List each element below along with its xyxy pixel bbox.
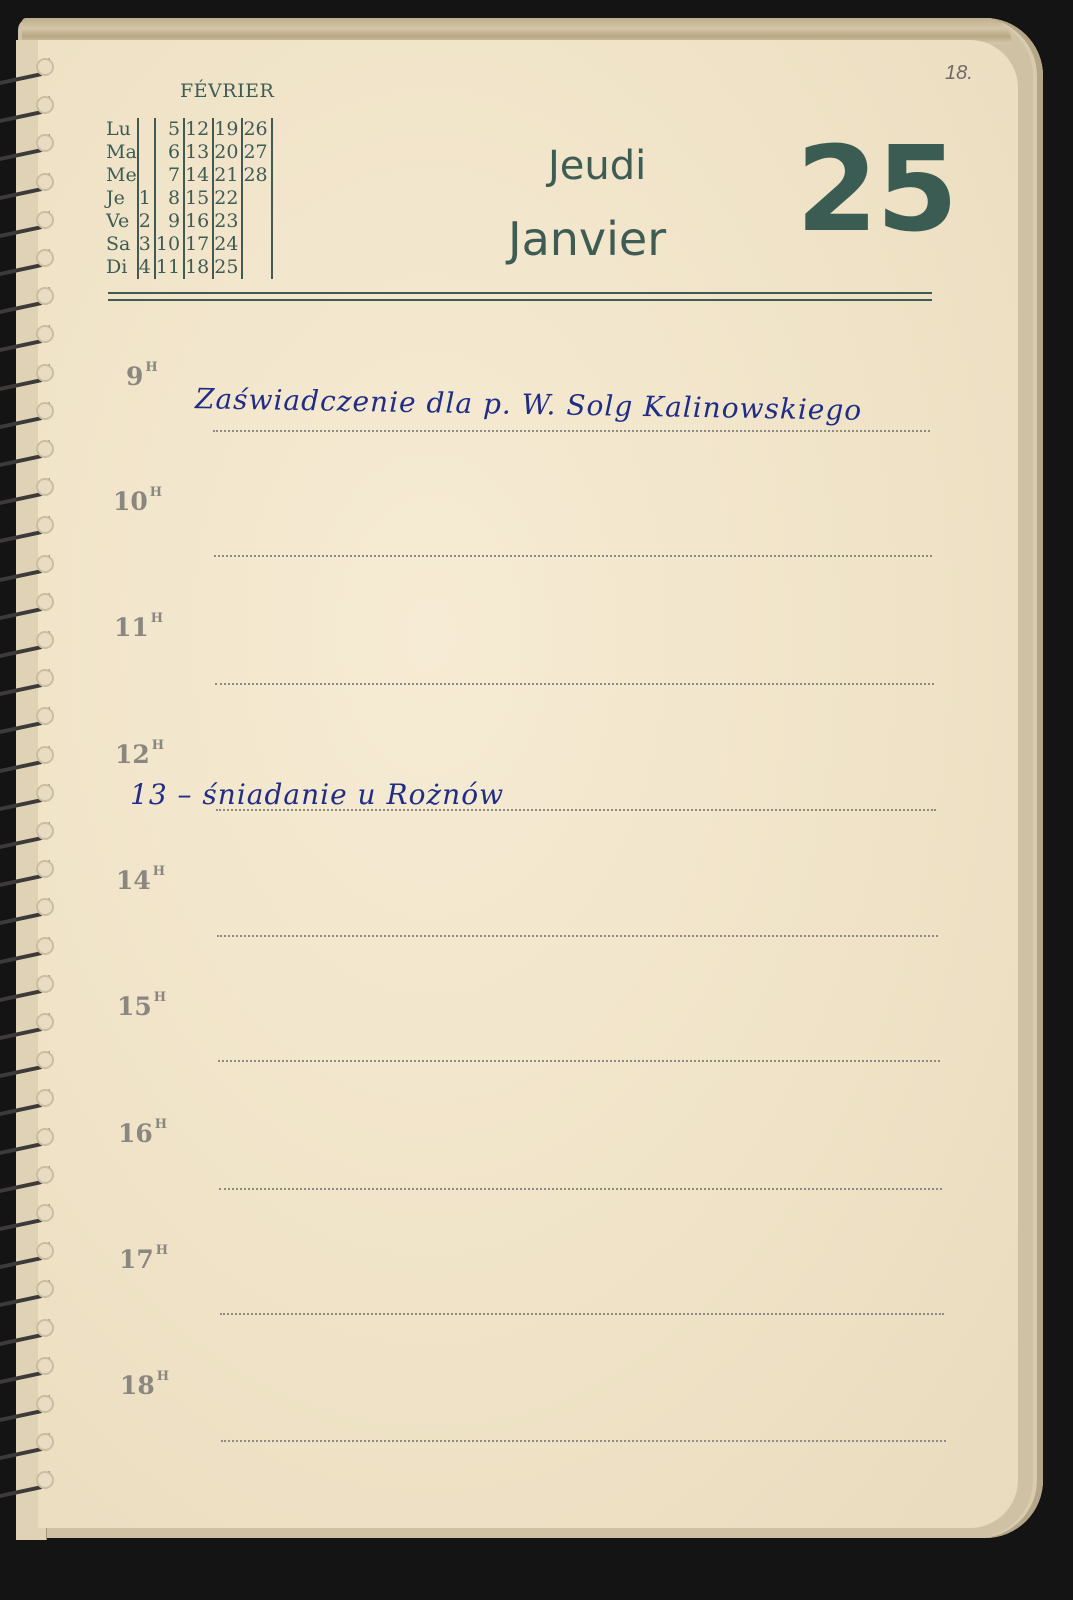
punch-hole bbox=[38, 633, 52, 647]
writing-line bbox=[221, 1440, 946, 1442]
mini-calendar-row: Ve291623 bbox=[104, 210, 273, 233]
spiral-ring bbox=[0, 977, 52, 999]
mini-calendar-date: 23 bbox=[213, 210, 242, 233]
hour-number: 16 bbox=[118, 1119, 153, 1148]
weekday-abbrev: Ma bbox=[104, 141, 138, 164]
mini-calendar-date bbox=[242, 233, 271, 256]
hour-number: 9 bbox=[126, 362, 143, 391]
mini-calendar-border bbox=[272, 141, 273, 164]
mini-calendar-date bbox=[138, 164, 155, 187]
mini-calendar-date: 3 bbox=[138, 233, 155, 256]
mini-calendar-border bbox=[272, 233, 273, 256]
writing-line bbox=[219, 1188, 942, 1190]
mini-calendar-date: 11 bbox=[155, 256, 184, 279]
writing-line bbox=[213, 430, 930, 432]
spiral-ring bbox=[0, 862, 52, 884]
hour-number: 12 bbox=[115, 740, 150, 769]
spiral-ring bbox=[0, 1282, 52, 1304]
spiral-ring bbox=[0, 1321, 52, 1343]
mini-calendar-row: Sa3101724 bbox=[104, 233, 273, 256]
spiral-ring bbox=[0, 213, 52, 235]
punch-hole bbox=[38, 1206, 52, 1220]
punch-hole bbox=[38, 709, 52, 723]
spiral-ring bbox=[0, 671, 52, 693]
mini-calendar-border bbox=[272, 210, 273, 233]
mini-calendar-date: 15 bbox=[184, 187, 213, 210]
punch-hole bbox=[38, 557, 52, 571]
mini-calendar-date: 10 bbox=[155, 233, 184, 256]
spiral-ring bbox=[0, 748, 52, 770]
hour-number: 15 bbox=[117, 992, 152, 1021]
punch-hole bbox=[38, 251, 52, 265]
spiral-ring bbox=[0, 136, 52, 158]
spiral-ring bbox=[0, 98, 52, 120]
mini-calendar-date: 26 bbox=[242, 118, 271, 141]
spiral-ring bbox=[0, 939, 52, 961]
spiral-ring bbox=[0, 1206, 52, 1228]
weekday-abbrev: Lu bbox=[104, 118, 138, 141]
hour-label: 16H bbox=[118, 1119, 167, 1148]
spiral-ring bbox=[0, 1130, 52, 1152]
spiral-ring bbox=[0, 900, 52, 922]
punch-hole bbox=[38, 366, 52, 380]
spiral-ring bbox=[0, 366, 52, 388]
hour-label: 9H bbox=[126, 362, 158, 391]
mini-calendar-date: 25 bbox=[213, 256, 242, 279]
punch-hole bbox=[38, 900, 52, 914]
mini-calendar-row: Ma6132027 bbox=[104, 141, 273, 164]
mini-calendar-date: 8 bbox=[155, 187, 184, 210]
punch-hole bbox=[38, 404, 52, 418]
spiral-ring bbox=[0, 442, 52, 464]
handwritten-note-12h: 13 – śniadanie u Rożnów bbox=[130, 778, 504, 811]
mini-calendar-date: 21 bbox=[213, 164, 242, 187]
hour-label: 14H bbox=[116, 866, 165, 895]
punch-hole bbox=[38, 289, 52, 303]
punch-hole bbox=[38, 480, 52, 494]
hour-label: 17H bbox=[119, 1245, 168, 1274]
spiral-ring bbox=[0, 327, 52, 349]
mini-calendar-month: FÉVRIER bbox=[180, 80, 300, 102]
mini-calendar-date: 1 bbox=[138, 187, 155, 210]
spiral-ring bbox=[0, 1015, 52, 1037]
spiral-ring bbox=[0, 289, 52, 311]
spiral-ring bbox=[0, 1168, 52, 1190]
punch-hole bbox=[38, 1359, 52, 1373]
spiral-ring bbox=[0, 518, 52, 540]
punch-hole bbox=[38, 862, 52, 876]
punch-hole bbox=[38, 136, 52, 150]
punch-hole bbox=[38, 1282, 52, 1296]
writing-line bbox=[218, 1060, 940, 1062]
punch-hole bbox=[38, 1091, 52, 1105]
mini-calendar-date: 27 bbox=[242, 141, 271, 164]
punch-hole bbox=[38, 60, 52, 74]
punch-hole bbox=[38, 977, 52, 991]
mini-calendar-border bbox=[272, 187, 273, 210]
punch-hole bbox=[38, 939, 52, 953]
punch-hole bbox=[38, 748, 52, 762]
punch-hole bbox=[38, 213, 52, 227]
mini-calendar-date: 14 bbox=[184, 164, 213, 187]
hour-number: 17 bbox=[119, 1245, 154, 1274]
spiral-ring bbox=[0, 786, 52, 808]
spiral-ring bbox=[0, 60, 52, 82]
punch-hole bbox=[38, 671, 52, 685]
spiral-ring bbox=[0, 557, 52, 579]
day-number: 25 bbox=[796, 130, 956, 248]
mini-calendar-date: 9 bbox=[155, 210, 184, 233]
writing-line bbox=[215, 683, 934, 685]
spiral-ring bbox=[0, 1435, 52, 1457]
mini-calendar-row: Je181522 bbox=[104, 187, 273, 210]
mini-calendar-date: 5 bbox=[155, 118, 184, 141]
hour-suffix: H bbox=[154, 990, 166, 1005]
mini-calendar-date: 24 bbox=[213, 233, 242, 256]
hour-suffix: H bbox=[157, 1369, 169, 1384]
punch-hole bbox=[38, 595, 52, 609]
mini-calendar-date: 18 bbox=[184, 256, 213, 279]
mini-calendar-date: 4 bbox=[138, 256, 155, 279]
spiral-ring bbox=[0, 1397, 52, 1419]
punch-hole bbox=[38, 98, 52, 112]
mini-calendar-date: 22 bbox=[213, 187, 242, 210]
punch-hole bbox=[38, 1397, 52, 1411]
month-heading: Janvier bbox=[508, 212, 666, 266]
weekday-abbrev: Di bbox=[104, 256, 138, 279]
hour-number: 14 bbox=[116, 866, 151, 895]
mini-calendar-date: 2 bbox=[138, 210, 155, 233]
mini-calendar-date: 19 bbox=[213, 118, 242, 141]
punch-hole bbox=[38, 175, 52, 189]
writing-line bbox=[214, 555, 932, 557]
mini-calendar-date: 20 bbox=[213, 141, 242, 164]
spiral-ring bbox=[0, 1053, 52, 1075]
writing-line bbox=[220, 1313, 944, 1315]
page-number: 18. bbox=[945, 62, 973, 85]
spiral-ring bbox=[0, 404, 52, 426]
mini-calendar-date: 6 bbox=[155, 141, 184, 164]
spiral-ring bbox=[0, 633, 52, 655]
spiral-ring bbox=[0, 1244, 52, 1266]
hour-suffix: H bbox=[153, 864, 165, 879]
punch-hole bbox=[38, 1015, 52, 1029]
mini-calendar-date bbox=[242, 210, 271, 233]
hour-suffix: H bbox=[156, 1243, 168, 1258]
header-rule-top bbox=[108, 292, 932, 294]
hour-suffix: H bbox=[152, 738, 164, 753]
spiral-ring bbox=[0, 251, 52, 273]
punch-hole bbox=[38, 518, 52, 532]
spiral-ring bbox=[0, 1091, 52, 1113]
mini-calendar-date: 17 bbox=[184, 233, 213, 256]
spiral-ring bbox=[0, 1359, 52, 1381]
spiral-ring bbox=[0, 824, 52, 846]
punch-hole bbox=[38, 1130, 52, 1144]
hour-number: 10 bbox=[113, 487, 148, 516]
mini-calendar-border bbox=[272, 118, 273, 141]
punch-hole bbox=[38, 786, 52, 800]
hour-label: 10H bbox=[113, 487, 162, 516]
weekday-heading: Jeudi bbox=[548, 143, 646, 189]
hour-label: 18H bbox=[120, 1371, 169, 1400]
punch-hole bbox=[38, 1168, 52, 1182]
mini-calendar-date: 12 bbox=[184, 118, 213, 141]
hour-suffix: H bbox=[151, 611, 163, 626]
mini-calendar-date bbox=[242, 187, 271, 210]
hour-suffix: H bbox=[145, 360, 157, 375]
punch-hole bbox=[38, 442, 52, 456]
mini-calendar-date bbox=[138, 118, 155, 141]
mini-calendar-row: Di4111825 bbox=[104, 256, 273, 279]
mini-calendar-date: 13 bbox=[184, 141, 213, 164]
punch-hole bbox=[38, 1321, 52, 1335]
hour-suffix: H bbox=[150, 485, 162, 500]
weekday-abbrev: Ve bbox=[104, 210, 138, 233]
mini-calendar-date: 7 bbox=[155, 164, 184, 187]
punch-hole bbox=[38, 1473, 52, 1487]
mini-calendar-border bbox=[272, 256, 273, 279]
punch-hole bbox=[38, 327, 52, 341]
writing-line bbox=[217, 935, 938, 937]
spiral-ring bbox=[0, 175, 52, 197]
hour-number: 18 bbox=[120, 1371, 155, 1400]
spiral-ring bbox=[0, 595, 52, 617]
punch-hole bbox=[38, 824, 52, 838]
weekday-abbrev: Me bbox=[104, 164, 138, 187]
spiral-ring bbox=[0, 1473, 52, 1495]
mini-calendar-date: 16 bbox=[184, 210, 213, 233]
mini-calendar-row: Me7142128 bbox=[104, 164, 273, 187]
weekday-abbrev: Sa bbox=[104, 233, 138, 256]
punch-hole bbox=[38, 1244, 52, 1258]
mini-calendar-border bbox=[272, 164, 273, 187]
weekday-abbrev: Je bbox=[104, 187, 138, 210]
hour-label: 11H bbox=[114, 613, 163, 642]
hour-label: 15H bbox=[117, 992, 166, 1021]
punch-hole bbox=[38, 1053, 52, 1067]
mini-calendar-row: Lu5121926 bbox=[104, 118, 273, 141]
hour-number: 11 bbox=[114, 613, 149, 642]
hour-suffix: H bbox=[155, 1117, 167, 1132]
header-rule-bottom bbox=[108, 299, 932, 301]
punch-hole bbox=[38, 1435, 52, 1449]
hour-label: 12H bbox=[115, 740, 164, 769]
mini-calendar-grid: Lu5121926Ma6132027Me7142128Je181522Ve291… bbox=[104, 118, 273, 279]
spiral-ring bbox=[0, 480, 52, 502]
mini-calendar-date bbox=[138, 141, 155, 164]
mini-calendar-date bbox=[242, 256, 271, 279]
spiral-ring bbox=[0, 709, 52, 731]
mini-calendar-date: 28 bbox=[242, 164, 271, 187]
